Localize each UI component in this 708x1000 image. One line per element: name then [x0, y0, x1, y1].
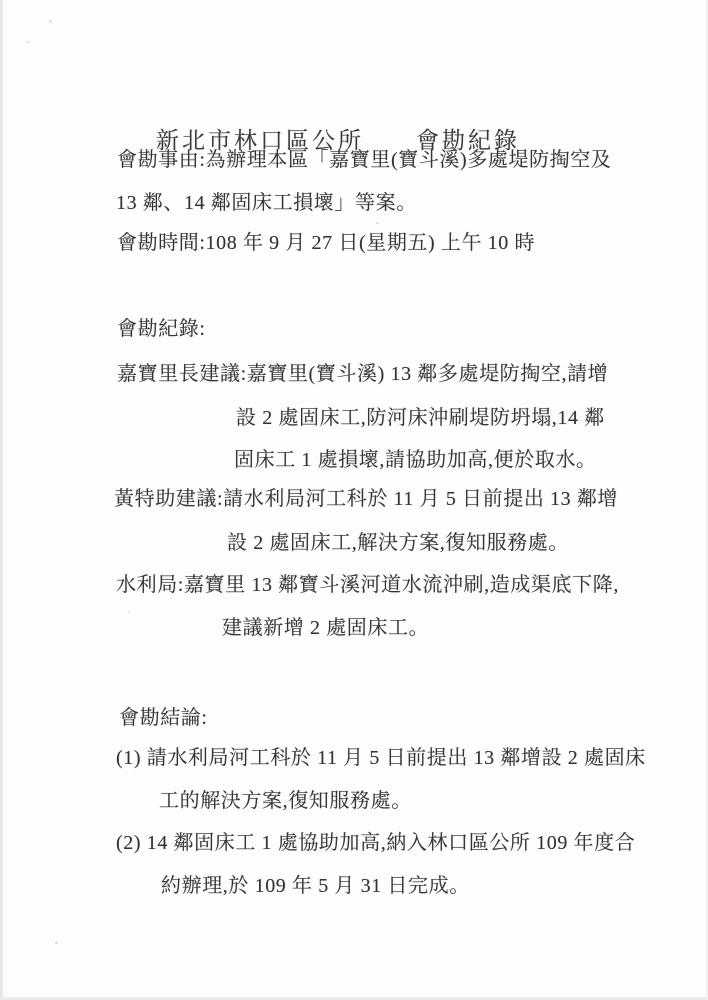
- scan-speck: [55, 941, 58, 944]
- subject-line-1: 會勘事由:為辦理本區「嘉寶里(寶斗溪)多處堤防掏空及: [117, 148, 611, 172]
- conclusion-item2-line-1: (2) 14 鄰固床工 1 處協助加高,納入林口區公所 109 年度合: [116, 831, 635, 855]
- village-chief-line-2: 設 2 處固床工,防河床沖刷堤防坍塌,14 鄰: [236, 406, 605, 430]
- subject-line-2: 13 鄰、14 鄰固床工損壞」等案。: [116, 191, 417, 215]
- scan-speck: [49, 20, 52, 23]
- water-bureau-line-1: 水利局:嘉寶里 13 鄰寶斗溪河道水流沖刷,造成渠底下降,: [116, 573, 619, 597]
- scanned-meeting-record-page: 新北市林口區公所會勘紀錄 會勘事由:為辦理本區「嘉寶里(寶斗溪)多處堤防掏空及 …: [0, 0, 708, 1000]
- huang-assistant-line-2: 設 2 處固床工,解決方案,復知服務處。: [227, 531, 569, 555]
- record-heading: 會勘紀錄:: [117, 317, 206, 341]
- scan-speck: [376, 222, 379, 224]
- village-chief-line-1: 嘉寶里長建議:嘉寶里(寶斗溪) 13 鄰多處堤防掏空,請增: [117, 362, 608, 386]
- conclusion-item1-line-1: (1) 請水利局河工科於 11 月 5 日前提出 13 鄰增設 2 處固床: [116, 746, 646, 770]
- conclusion-item2-line-2: 約辦理,於 109 年 5 月 31 日完成。: [161, 874, 470, 898]
- huang-assistant-line-1: 黃特助建議:請水利局河工科於 11 月 5 日前提出 13 鄰增: [114, 487, 618, 511]
- village-chief-line-3: 固床工 1 處損壞,請協助加高,便於取水。: [234, 448, 597, 472]
- conclusion-item1-line-2: 工的解決方案,復知服務處。: [159, 789, 412, 813]
- scan-speck: [128, 611, 130, 613]
- time-line: 會勘時間:108 年 9 月 27 日(星期五) 上午 10 時: [117, 231, 535, 255]
- conclusion-heading: 會勘結論:: [119, 706, 208, 730]
- scan-speck: [26, 41, 29, 43]
- water-bureau-line-2: 建議新增 2 處固床工。: [222, 616, 429, 640]
- scan-edge-left: [0, 0, 3, 1000]
